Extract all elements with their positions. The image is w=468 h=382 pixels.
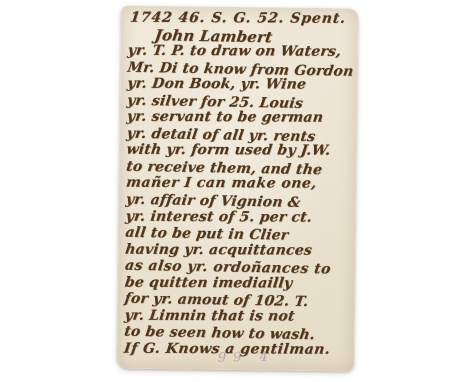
manuscript-paper: 1742 46. S. G. 52. Spent. John Lambert y… <box>117 6 358 372</box>
manuscript-text: 1742 46. S. G. 52. Spent. John Lambert y… <box>124 10 357 360</box>
manuscript-line: yr. Limnin that is not <box>123 307 354 325</box>
manuscript-line: yr. servant to be german <box>126 109 357 127</box>
manuscript-line: yr. interest of 5. per ct. <box>125 208 356 226</box>
manuscript-line: having yr. acquittances <box>124 241 355 259</box>
manuscript-line: 1742 46. S. G. 52. Spent. <box>127 10 358 28</box>
manuscript-line: mañer I can make one, <box>125 175 356 193</box>
manuscript-line: yr. T. P. to draw on Waters, <box>127 43 358 61</box>
manuscript-line: with yr. form used by J.W. <box>125 142 356 160</box>
manuscript-line: yr. Don Book, yr. Wine <box>126 76 357 94</box>
pencil-annotation: 99 4 <box>218 349 275 365</box>
manuscript-line: be quitten imediailly <box>124 274 355 292</box>
photo-background: 1742 46. S. G. 52. Spent. John Lambert y… <box>0 0 468 382</box>
